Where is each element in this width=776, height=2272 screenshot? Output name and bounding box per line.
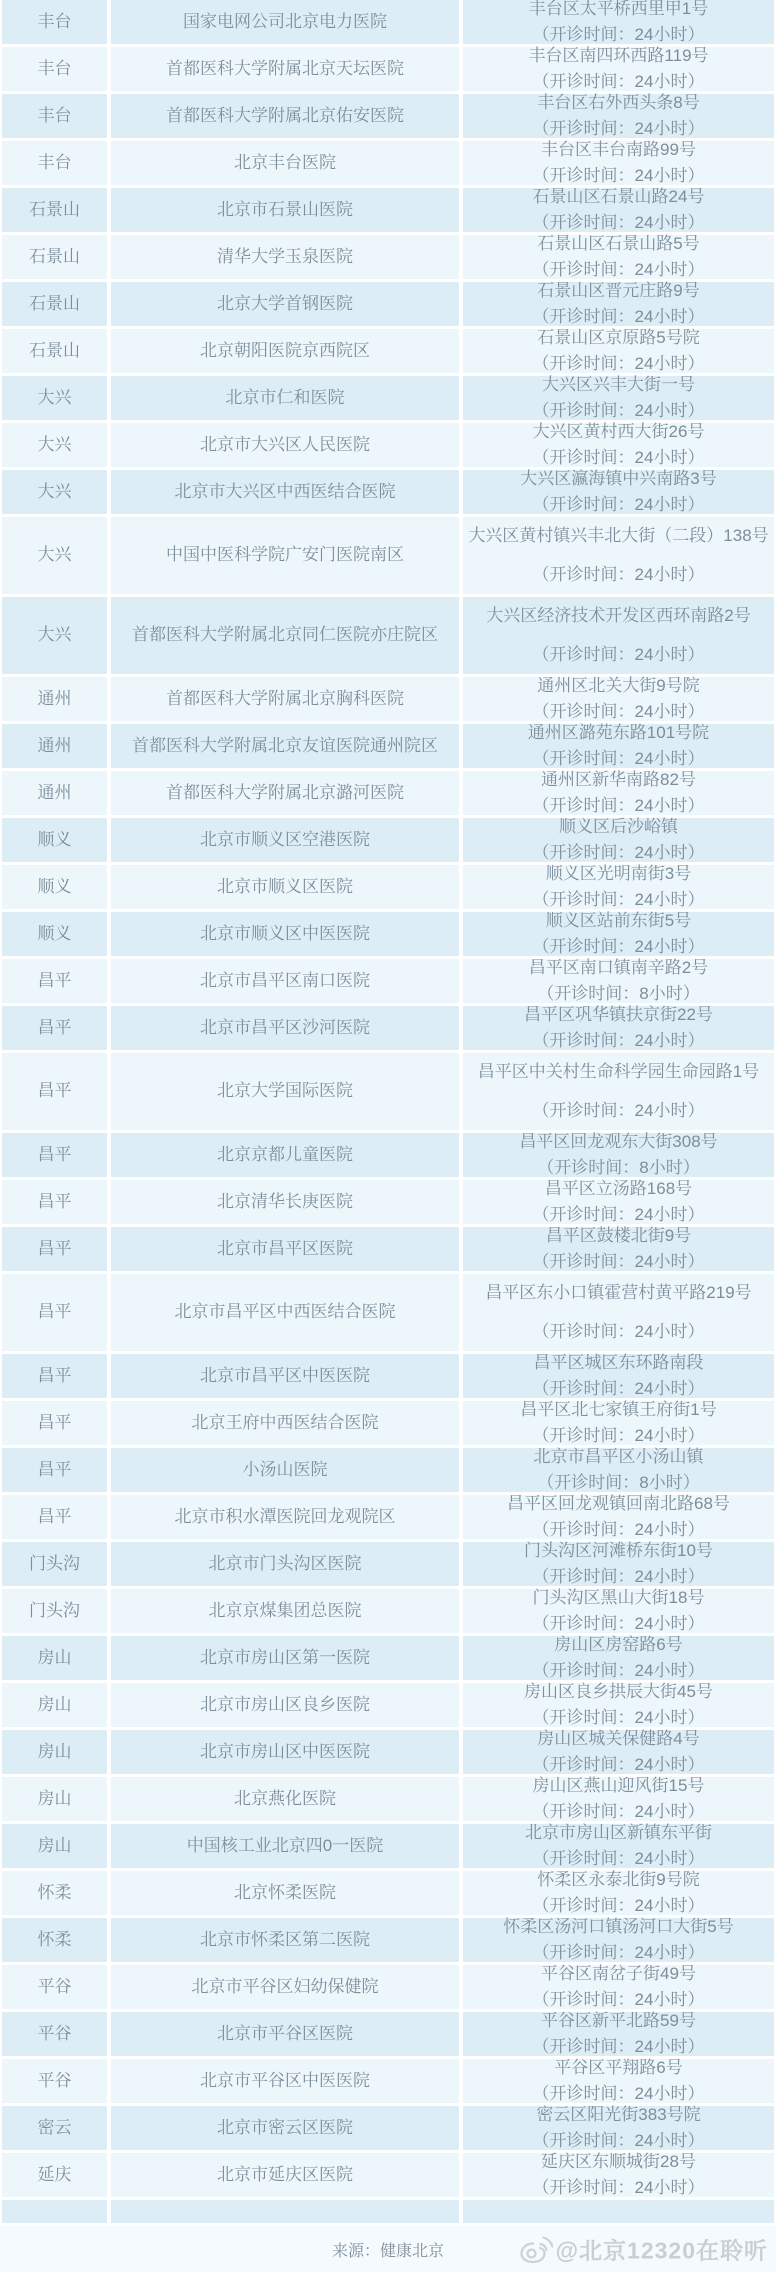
table-row: 顺义 北京市顺义区空港医院 顺义区后沙峪镇 （开诊时间：24小时） — [2, 818, 774, 862]
address-line: 石景山区石景山路24号 — [467, 186, 770, 208]
hospital-name: 北京市昌平区南口医院 — [200, 970, 370, 992]
table-row: 石景山 清华大学玉泉医院 石景山区石景山路5号 （开诊时间：24小时） — [2, 235, 774, 279]
table-row: 昌平 北京市积水潭医院回龙观院区 昌平区回龙观镇回南北路68号 （开诊时间：24… — [2, 1495, 774, 1539]
address-line: 房山区城关保健路4号 — [467, 1728, 770, 1750]
address-line: 昌平区东小口镇霍营村黄平路219号 — [467, 1282, 770, 1304]
hospital-name: 北京市大兴区人民医院 — [200, 434, 370, 456]
address-cell: 大兴区经济技术开发区西环南路2号 （开诊时间：24小时） — [463, 597, 774, 674]
district-label: 房山 — [38, 1835, 72, 1857]
table-row: 房山 北京市房山区中医医院 房山区城关保健路4号 （开诊时间：24小时） — [2, 1730, 774, 1774]
table-row: 通州 首都医科大学附属北京潞河医院 通州区新华南路82号 （开诊时间：24小时） — [2, 771, 774, 815]
address-line: 平谷区平翔路6号 — [467, 2057, 770, 2079]
district-cell: 顺义 — [2, 865, 107, 909]
district-label: 石景山 — [29, 199, 80, 221]
district-label: 昌平 — [38, 970, 72, 992]
district-cell: 平谷 — [2, 2012, 107, 2056]
table-row: 平谷 北京市平谷区医院 平谷区新平北路59号 （开诊时间：24小时） — [2, 2012, 774, 2056]
address-cell: 昌平区南口镇南辛路2号 （开诊时间：8小时） — [463, 959, 774, 1003]
table-row: 丰台 首都医科大学附属北京天坛医院 丰台区南四环西路119号 （开诊时间：24小… — [2, 47, 774, 91]
table-row: 房山 北京燕化医院 房山区燕山迎风街15号 （开诊时间：24小时） — [2, 1777, 774, 1821]
hours-line: （开诊时间：24小时） — [467, 1566, 770, 1588]
district-label: 丰台 — [38, 11, 72, 33]
hospital-cell: 中国核工业北京四0一医院 — [111, 1824, 459, 1868]
district-label: 通州 — [38, 735, 72, 757]
hospital-cell: 北京市顺义区空港医院 — [111, 818, 459, 862]
address-line: 大兴区兴丰大街一号 — [467, 374, 770, 396]
hours-line: （开诊时间：24小时） — [467, 889, 770, 911]
district-label: 丰台 — [38, 152, 72, 174]
district-label: 大兴 — [38, 624, 72, 646]
table-row: 丰台 国家电网公司北京电力医院 丰台区太平桥西里甲1号 （开诊时间：24小时） — [2, 0, 774, 44]
hospital-cell: 北京市顺义区中医医院 — [111, 912, 459, 956]
district-cell: 昌平 — [2, 1180, 107, 1224]
address-line: 北京市房山区新镇东平街 — [467, 1822, 770, 1844]
address-line: 通州区新华南路82号 — [467, 769, 770, 791]
district-label: 房山 — [38, 1741, 72, 1763]
hours-line: （开诊时间：24小时） — [467, 1519, 770, 1541]
table-row: 大兴 中国中医科学院广安门医院南区 大兴区黄村镇兴丰北大街（二段）138号 （开… — [2, 517, 774, 594]
empty-address-cell — [463, 2200, 774, 2223]
table-row: 大兴 首都医科大学附属北京同仁医院亦庄院区 大兴区经济技术开发区西环南路2号 （… — [2, 597, 774, 674]
address-cell: 顺义区后沙峪镇 （开诊时间：24小时） — [463, 818, 774, 862]
hospital-cell: 首都医科大学附属北京佑安医院 — [111, 94, 459, 138]
district-cell: 昌平 — [2, 1006, 107, 1050]
table-row: 丰台 首都医科大学附属北京佑安医院 丰台区右外西头条8号 （开诊时间：24小时） — [2, 94, 774, 138]
district-cell: 房山 — [2, 1636, 107, 1680]
district-label: 昌平 — [38, 1144, 72, 1166]
district-cell: 大兴 — [2, 597, 107, 674]
hospital-cell: 首都医科大学附属北京胸科医院 — [111, 677, 459, 721]
hours-line: （开诊时间：24小时） — [467, 71, 770, 93]
address-line: 大兴区黄村西大街26号 — [467, 421, 770, 443]
hours-line: （开诊时间：24小时） — [467, 936, 770, 958]
address-cell: 门头沟区河滩桥东街10号 （开诊时间：24小时） — [463, 1542, 774, 1586]
address-cell: 大兴区黄村西大街26号 （开诊时间：24小时） — [463, 423, 774, 467]
hours-line: （开诊时间：24小时） — [467, 1754, 770, 1776]
address-line: 丰台区太平桥西里甲1号 — [467, 0, 770, 21]
district-cell: 大兴 — [2, 423, 107, 467]
address-line: 通州区潞苑东路101号院 — [467, 722, 770, 744]
address-line: 昌平区鼓楼北街9号 — [467, 1225, 770, 1247]
district-cell: 通州 — [2, 724, 107, 768]
hospital-name: 北京市房山区中医医院 — [200, 1741, 370, 1763]
address-cell: 房山区房窑路6号 （开诊时间：24小时） — [463, 1636, 774, 1680]
hospital-name: 北京市门头沟区医院 — [209, 1553, 362, 1575]
district-label: 大兴 — [38, 544, 72, 566]
address-cell: 房山区良乡拱辰大街45号 （开诊时间：24小时） — [463, 1683, 774, 1727]
hours-line: （开诊时间：24小时） — [467, 1942, 770, 1964]
page: 丰台 国家电网公司北京电力医院 丰台区太平桥西里甲1号 （开诊时间：24小时） … — [0, 0, 776, 2272]
district-label: 石景山 — [29, 246, 80, 268]
address-line: 丰台区右外西头条8号 — [467, 92, 770, 114]
address-cell: 石景山区石景山路5号 （开诊时间：24小时） — [463, 235, 774, 279]
hours-line: （开诊时间：24小时） — [467, 212, 770, 234]
hospital-cell: 北京清华长庚医院 — [111, 1180, 459, 1224]
address-cell: 平谷区新平北路59号 （开诊时间：24小时） — [463, 2012, 774, 2056]
district-cell: 昌平 — [2, 1448, 107, 1492]
hours-line: （开诊时间：24小时） — [467, 1100, 770, 1122]
hospital-cell: 北京市大兴区中西医结合医院 — [111, 470, 459, 514]
hours-line: （开诊时间：24小时） — [467, 842, 770, 864]
address-cell: 通州区新华南路82号 （开诊时间：24小时） — [463, 771, 774, 815]
district-cell: 大兴 — [2, 517, 107, 594]
district-cell: 通州 — [2, 677, 107, 721]
hospital-cell: 北京市密云区医院 — [111, 2106, 459, 2150]
weibo-watermark: @北京12320在聆听 — [519, 2233, 768, 2266]
hospital-name: 北京大学首钢医院 — [217, 293, 353, 315]
hospital-cell: 首都医科大学附属北京天坛医院 — [111, 47, 459, 91]
hospital-cell: 北京大学首钢医院 — [111, 282, 459, 326]
hours-line: （开诊时间：24小时） — [467, 748, 770, 770]
hospital-name: 北京大学国际医院 — [217, 1080, 353, 1102]
district-cell: 丰台 — [2, 0, 107, 44]
district-label: 顺义 — [38, 876, 72, 898]
table-row: 房山 中国核工业北京四0一医院 北京市房山区新镇东平街 （开诊时间：24小时） — [2, 1824, 774, 1868]
address-cell: 丰台区丰台南路99号 （开诊时间：24小时） — [463, 141, 774, 185]
hospital-cell: 北京市平谷区医院 — [111, 2012, 459, 2056]
district-cell: 昌平 — [2, 1401, 107, 1445]
hours-line: （开诊时间：24小时） — [467, 1801, 770, 1823]
hospital-name: 首都医科大学附属北京佑安医院 — [166, 105, 404, 127]
district-label: 昌平 — [38, 1080, 72, 1102]
district-cell: 怀柔 — [2, 1871, 107, 1915]
address-line: 昌平区立汤路168号 — [467, 1178, 770, 1200]
district-label: 怀柔 — [38, 1882, 72, 1904]
table-row: 昌平 北京市昌平区南口医院 昌平区南口镇南辛路2号 （开诊时间：8小时） — [2, 959, 774, 1003]
watermark-text: @北京12320在聆听 — [556, 2233, 768, 2266]
district-label: 顺义 — [38, 829, 72, 851]
table-row: 门头沟 北京京煤集团总医院 门头沟区黑山大街18号 （开诊时间：24小时） — [2, 1589, 774, 1633]
table-row: 平谷 北京市平谷区中医医院 平谷区平翔路6号 （开诊时间：24小时） — [2, 2059, 774, 2103]
address-cell: 大兴区兴丰大街一号 （开诊时间：24小时） — [463, 376, 774, 420]
address-cell: 丰台区南四环西路119号 （开诊时间：24小时） — [463, 47, 774, 91]
hospital-cell: 北京市石景山医院 — [111, 188, 459, 232]
district-cell: 昌平 — [2, 1495, 107, 1539]
hospital-cell: 北京市积水潭医院回龙观院区 — [111, 1495, 459, 1539]
hospital-name: 北京市仁和医院 — [226, 387, 345, 409]
hours-line: （开诊时间：24小时） — [467, 1251, 770, 1273]
hospital-cell: 北京市怀柔区第二医院 — [111, 1918, 459, 1962]
district-label: 门头沟 — [29, 1600, 80, 1622]
district-cell: 昌平 — [2, 1133, 107, 1177]
district-cell: 石景山 — [2, 188, 107, 232]
hours-line: （开诊时间：8小时） — [467, 983, 770, 1005]
footer-bar: 来源：健康北京 @北京12320在聆听 — [0, 2226, 776, 2272]
hours-line: （开诊时间：24小时） — [467, 701, 770, 723]
hospital-cell: 北京市房山区第一医院 — [111, 1636, 459, 1680]
hospital-cell: 北京朝阳医院京西院区 — [111, 329, 459, 373]
address-line: 丰台区南四环西路119号 — [467, 45, 770, 67]
hospital-name: 首都医科大学附属北京胸科医院 — [166, 688, 404, 710]
hospital-name: 清华大学玉泉医院 — [217, 246, 353, 268]
address-cell: 延庆区东顺城街28号 （开诊时间：24小时） — [463, 2153, 774, 2197]
hours-line: （开诊时间：24小时） — [467, 795, 770, 817]
district-label: 大兴 — [38, 481, 72, 503]
address-line: 怀柔区汤河口镇汤河口大街5号 — [467, 1916, 770, 1938]
district-label: 房山 — [38, 1694, 72, 1716]
table-row: 通州 首都医科大学附属北京友谊医院通州院区 通州区潞苑东路101号院 （开诊时间… — [2, 724, 774, 768]
hours-line: （开诊时间：24小时） — [467, 2036, 770, 2058]
district-label: 昌平 — [38, 1238, 72, 1260]
district-cell: 延庆 — [2, 2153, 107, 2197]
district-cell: 房山 — [2, 1730, 107, 1774]
address-cell: 昌平区巩华镇扶京街22号 （开诊时间：24小时） — [463, 1006, 774, 1050]
hospital-cell: 北京怀柔医院 — [111, 1871, 459, 1915]
table-row: 顺义 北京市顺义区中医医院 顺义区站前东街5号 （开诊时间：24小时） — [2, 912, 774, 956]
address-cell: 昌平区东小口镇霍营村黄平路219号 （开诊时间：24小时） — [463, 1274, 774, 1351]
district-label: 大兴 — [38, 387, 72, 409]
hours-line: （开诊时间：24小时） — [467, 644, 770, 666]
hospital-cell: 小汤山医院 — [111, 1448, 459, 1492]
district-label: 怀柔 — [38, 1929, 72, 1951]
hospital-cell: 国家电网公司北京电力医院 — [111, 0, 459, 44]
hospital-name: 首都医科大学附属北京潞河医院 — [166, 782, 404, 804]
district-cell: 平谷 — [2, 2059, 107, 2103]
hospital-cell: 北京丰台医院 — [111, 141, 459, 185]
district-label: 平谷 — [38, 2070, 72, 2092]
hospital-cell: 北京市昌平区中医医院 — [111, 1354, 459, 1398]
hours-line: （开诊时间：24小时） — [467, 2177, 770, 2199]
district-cell: 怀柔 — [2, 1918, 107, 1962]
hospital-table: 丰台 国家电网公司北京电力医院 丰台区太平桥西里甲1号 （开诊时间：24小时） … — [0, 0, 776, 2197]
district-label: 平谷 — [38, 2023, 72, 2045]
hospital-name: 北京市大兴区中西医结合医院 — [175, 481, 396, 503]
district-label: 昌平 — [38, 1191, 72, 1213]
hospital-name: 北京市昌平区医院 — [217, 1238, 353, 1260]
district-cell: 顺义 — [2, 912, 107, 956]
district-label: 密云 — [38, 2117, 72, 2139]
address-cell: 昌平区北七家镇王府街1号 （开诊时间：24小时） — [463, 1401, 774, 1445]
hospital-cell: 首都医科大学附属北京友谊医院通州院区 — [111, 724, 459, 768]
hospital-name: 北京市房山区良乡医院 — [200, 1694, 370, 1716]
hospital-name: 首都医科大学附属北京友谊医院通州院区 — [132, 735, 438, 757]
hospital-cell: 北京市昌平区医院 — [111, 1227, 459, 1271]
district-cell: 丰台 — [2, 141, 107, 185]
hours-line: （开诊时间：24小时） — [467, 1660, 770, 1682]
table-row: 丰台 北京丰台医院 丰台区丰台南路99号 （开诊时间：24小时） — [2, 141, 774, 185]
hospital-name: 北京市昌平区中西医结合医院 — [175, 1301, 396, 1323]
hours-line: （开诊时间：24小时） — [467, 259, 770, 281]
address-line: 怀柔区永泰北街9号院 — [467, 1869, 770, 1891]
hours-line: （开诊时间：24小时） — [467, 118, 770, 140]
district-cell: 平谷 — [2, 1965, 107, 2009]
hours-line: （开诊时间：24小时） — [467, 1895, 770, 1917]
source-text: 来源：健康北京 — [332, 2238, 444, 2261]
table-row: 密云 北京市密云区医院 密云区阳光街383号院 （开诊时间：24小时） — [2, 2106, 774, 2150]
address-line: 大兴区瀛海镇中兴南路3号 — [467, 468, 770, 490]
address-cell: 通州区北关大街9号院 （开诊时间：24小时） — [463, 677, 774, 721]
hospital-cell: 北京大学国际医院 — [111, 1053, 459, 1130]
hours-line: （开诊时间：24小时） — [467, 1613, 770, 1635]
address-line: 房山区燕山迎风街15号 — [467, 1775, 770, 1797]
hospital-name: 中国中医科学院广安门医院南区 — [166, 544, 404, 566]
district-label: 丰台 — [38, 58, 72, 80]
table-row: 昌平 北京市昌平区中西医结合医院 昌平区东小口镇霍营村黄平路219号 （开诊时间… — [2, 1274, 774, 1351]
district-label: 昌平 — [38, 1301, 72, 1323]
empty-row — [2, 2200, 774, 2223]
district-label: 房山 — [38, 1647, 72, 1669]
hours-line: （开诊时间：24小时） — [467, 24, 770, 46]
hospital-cell: 首都医科大学附属北京同仁医院亦庄院区 — [111, 597, 459, 674]
hours-line: （开诊时间：24小时） — [467, 400, 770, 422]
table-row: 延庆 北京市延庆区医院 延庆区东顺城街28号 （开诊时间：24小时） — [2, 2153, 774, 2197]
hospital-name: 北京市房山区第一医院 — [200, 1647, 370, 1669]
empty-row-wrap — [0, 2200, 776, 2223]
address-line: 石景山区石景山路5号 — [467, 233, 770, 255]
district-cell: 顺义 — [2, 818, 107, 862]
address-cell: 昌平区回龙观东大街308号 （开诊时间：8小时） — [463, 1133, 774, 1177]
address-cell: 怀柔区汤河口镇汤河口大街5号 （开诊时间：24小时） — [463, 1918, 774, 1962]
hours-line: （开诊时间：24小时） — [467, 306, 770, 328]
hospital-name: 北京市怀柔区第二医院 — [200, 1929, 370, 1951]
hospital-name: 北京市昌平区中医医院 — [200, 1365, 370, 1387]
hours-line: （开诊时间：24小时） — [467, 1989, 770, 2011]
hospital-cell: 北京市门头沟区医院 — [111, 1542, 459, 1586]
empty-district-cell — [2, 2200, 107, 2223]
hospital-cell: 北京市平谷区中医医院 — [111, 2059, 459, 2103]
district-cell: 房山 — [2, 1777, 107, 1821]
hospital-name: 北京王府中西医结合医院 — [192, 1412, 379, 1434]
address-cell: 平谷区南岔子街49号 （开诊时间：24小时） — [463, 1965, 774, 2009]
table-row: 门头沟 北京市门头沟区医院 门头沟区河滩桥东街10号 （开诊时间：24小时） — [2, 1542, 774, 1586]
address-cell: 通州区潞苑东路101号院 （开诊时间：24小时） — [463, 724, 774, 768]
address-line: 房山区房窑路6号 — [467, 1634, 770, 1656]
district-cell: 通州 — [2, 771, 107, 815]
address-line: 昌平区回龙观东大街308号 — [467, 1131, 770, 1153]
address-line: 大兴区黄村镇兴丰北大街（二段）138号 — [467, 525, 770, 547]
address-line: 北京市昌平区小汤山镇 — [467, 1446, 770, 1468]
address-cell: 北京市房山区新镇东平街 （开诊时间：24小时） — [463, 1824, 774, 1868]
table-row: 顺义 北京市顺义区医院 顺义区光明南街3号 （开诊时间：24小时） — [2, 865, 774, 909]
address-cell: 昌平区城区东环路南段 （开诊时间：24小时） — [463, 1354, 774, 1398]
address-line: 顺义区光明南街3号 — [467, 863, 770, 885]
address-cell: 昌平区回龙观镇回南北路68号 （开诊时间：24小时） — [463, 1495, 774, 1539]
hospital-name: 首都医科大学附属北京天坛医院 — [166, 58, 404, 80]
address-line: 昌平区南口镇南辛路2号 — [467, 957, 770, 979]
address-cell: 昌平区中关村生命科学园生命园路1号 （开诊时间：24小时） — [463, 1053, 774, 1130]
hours-line: （开诊时间：24小时） — [467, 494, 770, 516]
hospital-name: 北京市平谷区医院 — [217, 2023, 353, 2045]
hours-line: （开诊时间：24小时） — [467, 2130, 770, 2152]
address-cell: 密云区阳光街383号院 （开诊时间：24小时） — [463, 2106, 774, 2150]
address-cell: 石景山区石景山路24号 （开诊时间：24小时） — [463, 188, 774, 232]
table-row: 昌平 北京大学国际医院 昌平区中关村生命科学园生命园路1号 （开诊时间：24小时… — [2, 1053, 774, 1130]
district-label: 昌平 — [38, 1506, 72, 1528]
hospital-cell: 北京市平谷区妇幼保健院 — [111, 1965, 459, 2009]
hospital-name: 首都医科大学附属北京同仁医院亦庄院区 — [132, 624, 438, 646]
hospital-cell: 北京市昌平区中西医结合医院 — [111, 1274, 459, 1351]
hospital-name: 北京市昌平区沙河医院 — [200, 1017, 370, 1039]
address-cell: 怀柔区永泰北街9号院 （开诊时间：24小时） — [463, 1871, 774, 1915]
hospital-name: 北京市平谷区中医医院 — [200, 2070, 370, 2092]
district-label: 昌平 — [38, 1365, 72, 1387]
hospital-name: 北京京煤集团总医院 — [209, 1600, 362, 1622]
district-cell: 昌平 — [2, 1053, 107, 1130]
district-cell: 昌平 — [2, 959, 107, 1003]
table-row: 昌平 北京王府中西医结合医院 昌平区北七家镇王府街1号 （开诊时间：24小时） — [2, 1401, 774, 1445]
address-line: 房山区良乡拱辰大街45号 — [467, 1681, 770, 1703]
address-cell: 昌平区鼓楼北街9号 （开诊时间：24小时） — [463, 1227, 774, 1271]
district-label: 昌平 — [38, 1412, 72, 1434]
address-line: 昌平区城区东环路南段 — [467, 1352, 770, 1374]
hours-line: （开诊时间：24小时） — [467, 1378, 770, 1400]
address-cell: 平谷区平翔路6号 （开诊时间：24小时） — [463, 2059, 774, 2103]
address-line: 丰台区丰台南路99号 — [467, 139, 770, 161]
hours-line: （开诊时间：24小时） — [467, 2083, 770, 2105]
district-label: 门头沟 — [29, 1553, 80, 1575]
table-row: 石景山 北京大学首钢医院 石景山区晋元庄路9号 （开诊时间：24小时） — [2, 282, 774, 326]
hospital-name: 北京市顺义区中医医院 — [200, 923, 370, 945]
district-label: 石景山 — [29, 293, 80, 315]
table-row: 石景山 北京市石景山医院 石景山区石景山路24号 （开诊时间：24小时） — [2, 188, 774, 232]
hospital-cell: 北京市昌平区南口医院 — [111, 959, 459, 1003]
hospital-name: 北京市延庆区医院 — [217, 2164, 353, 2186]
hospital-cell: 北京市昌平区沙河医院 — [111, 1006, 459, 1050]
hours-line: （开诊时间：8小时） — [467, 1157, 770, 1179]
hospital-name: 北京京都儿童医院 — [217, 1144, 353, 1166]
district-cell: 门头沟 — [2, 1542, 107, 1586]
hours-line: （开诊时间：24小时） — [467, 1707, 770, 1729]
hospital-name: 中国核工业北京四0一医院 — [187, 1835, 383, 1857]
hospital-name: 国家电网公司北京电力医院 — [183, 11, 387, 33]
district-cell: 石景山 — [2, 235, 107, 279]
district-cell: 丰台 — [2, 47, 107, 91]
table-row: 昌平 北京市昌平区医院 昌平区鼓楼北街9号 （开诊时间：24小时） — [2, 1227, 774, 1271]
address-cell: 北京市昌平区小汤山镇 （开诊时间：8小时） — [463, 1448, 774, 1492]
hours-line: （开诊时间：24小时） — [467, 1321, 770, 1343]
district-cell: 房山 — [2, 1824, 107, 1868]
address-cell: 房山区燕山迎风街15号 （开诊时间：24小时） — [463, 1777, 774, 1821]
address-cell: 顺义区光明南街3号 （开诊时间：24小时） — [463, 865, 774, 909]
address-cell: 顺义区站前东街5号 （开诊时间：24小时） — [463, 912, 774, 956]
address-line: 门头沟区黑山大街18号 — [467, 1587, 770, 1609]
address-line: 平谷区新平北路59号 — [467, 2010, 770, 2032]
address-line: 昌平区回龙观镇回南北路68号 — [467, 1493, 770, 1515]
hours-line: （开诊时间：24小时） — [467, 1848, 770, 1870]
address-cell: 大兴区黄村镇兴丰北大街（二段）138号 （开诊时间：24小时） — [463, 517, 774, 594]
address-cell: 石景山区晋元庄路9号 （开诊时间：24小时） — [463, 282, 774, 326]
address-line: 平谷区南岔子街49号 — [467, 1963, 770, 1985]
table-row: 石景山 北京朝阳医院京西院区 石景山区京原路5号院 （开诊时间：24小时） — [2, 329, 774, 373]
address-line: 通州区北关大街9号院 — [467, 675, 770, 697]
hospital-cell: 北京市大兴区人民医院 — [111, 423, 459, 467]
hours-line: （开诊时间：24小时） — [467, 353, 770, 375]
hospital-cell: 北京京都儿童医院 — [111, 1133, 459, 1177]
address-line: 顺义区后沙峪镇 — [467, 816, 770, 838]
district-cell: 石景山 — [2, 282, 107, 326]
table-row: 昌平 北京京都儿童医院 昌平区回龙观东大街308号 （开诊时间：8小时） — [2, 1133, 774, 1177]
district-label: 延庆 — [38, 2164, 72, 2186]
hospital-name: 北京丰台医院 — [234, 152, 336, 174]
table-row: 大兴 北京市仁和医院 大兴区兴丰大街一号 （开诊时间：24小时） — [2, 376, 774, 420]
hospital-cell: 北京市仁和医院 — [111, 376, 459, 420]
table-row: 平谷 北京市平谷区妇幼保健院 平谷区南岔子街49号 （开诊时间：24小时） — [2, 1965, 774, 2009]
district-label: 大兴 — [38, 434, 72, 456]
hospital-name: 北京市密云区医院 — [217, 2117, 353, 2139]
address-cell: 石景山区京原路5号院 （开诊时间：24小时） — [463, 329, 774, 373]
table-row: 房山 北京市房山区第一医院 房山区房窑路6号 （开诊时间：24小时） — [2, 1636, 774, 1680]
district-cell: 密云 — [2, 2106, 107, 2150]
address-cell: 门头沟区黑山大街18号 （开诊时间：24小时） — [463, 1589, 774, 1633]
hospital-cell: 北京京煤集团总医院 — [111, 1589, 459, 1633]
district-label: 顺义 — [38, 923, 72, 945]
district-cell: 昌平 — [2, 1354, 107, 1398]
table-row: 昌平 小汤山医院 北京市昌平区小汤山镇 （开诊时间：8小时） — [2, 1448, 774, 1492]
hospital-cell: 北京市房山区中医医院 — [111, 1730, 459, 1774]
table-row: 昌平 北京清华长庚医院 昌平区立汤路168号 （开诊时间：24小时） — [2, 1180, 774, 1224]
address-cell: 房山区城关保健路4号 （开诊时间：24小时） — [463, 1730, 774, 1774]
hospital-name: 北京清华长庚医院 — [217, 1191, 353, 1213]
